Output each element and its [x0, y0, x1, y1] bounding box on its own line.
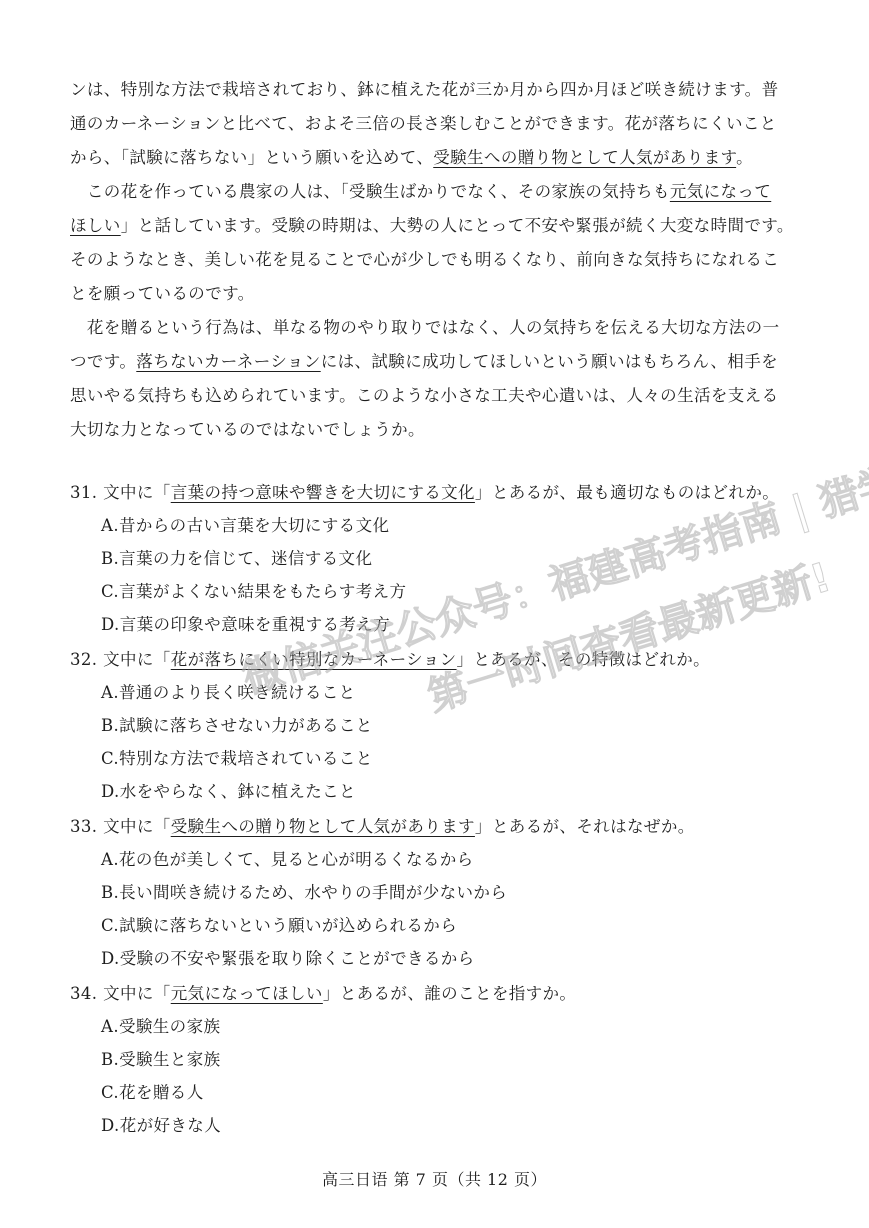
quoted-phrase: 花が落ちにくい特別なカーネーション — [171, 650, 457, 669]
underlined-phrase: 受験生への贈り物として人気があります — [433, 148, 736, 167]
underlined-phrase: 落ちないカーネーション — [136, 352, 320, 371]
question-stem: 33. 文中に「受験生への贈り物として人気があります」とあるが、それはなぜか。 — [70, 817, 695, 837]
option-a: A.受験生の家族 — [101, 1017, 220, 1037]
option-d: D.水をやらなく、鉢に植えたこと — [101, 782, 356, 802]
watermark-line-2: 第一时间查看最新更新! — [420, 546, 837, 723]
passage-line: 大切な力となっているのではないでしょうか。 — [70, 420, 425, 440]
passage-line: とを願っているのです。 — [70, 284, 255, 304]
quoted-phrase: 言葉の持つ意味や響きを大切にする文化 — [171, 483, 475, 502]
option-b: B.言葉の力を信じて、迷信する文化 — [101, 549, 372, 569]
page-footer: 高三日语 第 7 页（共 12 页） — [0, 1167, 869, 1190]
option-a: A.昔からの古い言葉を大切にする文化 — [101, 516, 389, 536]
passage-line: 花を贈るという行為は、単なる物のやり取りではなく、人の気持ちを伝える大切な方法の… — [70, 318, 779, 338]
option-b: B.試験に落ちさせない力があること — [101, 716, 373, 736]
option-c: C.特別な方法で栽培されていること — [101, 749, 373, 769]
option-a: A.普通のより長く咲き続けること — [101, 683, 356, 703]
passage-line: ンは、特別な方法で栽培されており、鉢に植えた花が三か月から四か月ほど咲き続けます… — [70, 80, 778, 100]
option-b: B.受験生と家族 — [101, 1050, 221, 1070]
option-d: D.言葉の印象や意味を重視する考え方 — [101, 615, 390, 635]
passage-line: 思いやる気持ちも込められています。このような小さな工夫や心遣いは、人々の生活を支… — [70, 386, 778, 406]
option-c: C.試験に落ちないという願いが込められるから — [101, 916, 457, 936]
option-c: C.花を贈る人 — [101, 1083, 204, 1103]
option-c: C.言葉がよくない結果をもたらす考え方 — [101, 582, 406, 602]
option-d: D.受験の不安や緊張を取り除くことができるから — [101, 949, 475, 969]
passage-line: そのようなとき、美しい花を見ることで心が少しでも明るくなり、前向きな気持ちになれ… — [70, 250, 779, 270]
passage-line: つです。落ちないカーネーションには、試験に成功してほしいという願いはもちろん、相… — [70, 352, 778, 372]
option-b: B.長い間咲き続けるため、水やりの手間が少ないから — [101, 883, 507, 903]
passage-line: この花を作っている農家の人は、「受験生ばかりでなく、その家族の気持ちも元気になっ… — [70, 182, 771, 202]
question-stem: 34. 文中に「元気になってほしい」とあるが、誰のことを指すか。 — [70, 984, 576, 1004]
passage-line: 通のカーネーションと比べて、およそ三倍の長さ楽しむことができます。花が落ちにくい… — [70, 114, 777, 134]
underlined-phrase: ほしい — [70, 216, 121, 235]
passage-line: ほしい」と話しています。受験の時期は、大勢の人にとって不安や緊張が続く大変な時間… — [70, 216, 794, 236]
option-d: D.花が好きな人 — [101, 1116, 221, 1136]
exam-page: ンは、特別な方法で栽培されており、鉢に植えた花が三か月から四か月ほど咲き続けます… — [0, 0, 869, 1228]
question-stem: 31. 文中に「言葉の持つ意味や響きを大切にする文化」とあるが、最も適切なものは… — [70, 483, 779, 503]
underlined-phrase: 元気になって — [670, 182, 771, 201]
quoted-phrase: 元気になってほしい — [171, 984, 323, 1003]
passage-line: から、「試験に落ちない」という願いを込めて、受験生への贈り物として人気があります… — [70, 148, 753, 168]
question-stem: 32. 文中に「花が落ちにくい特別なカーネーション」とあるが、その特徴はどれか。 — [70, 650, 710, 670]
quoted-phrase: 受験生への贈り物として人気があります — [171, 817, 475, 836]
option-a: A.花の色が美しくて、見ると心が明るくなるから — [101, 850, 474, 870]
